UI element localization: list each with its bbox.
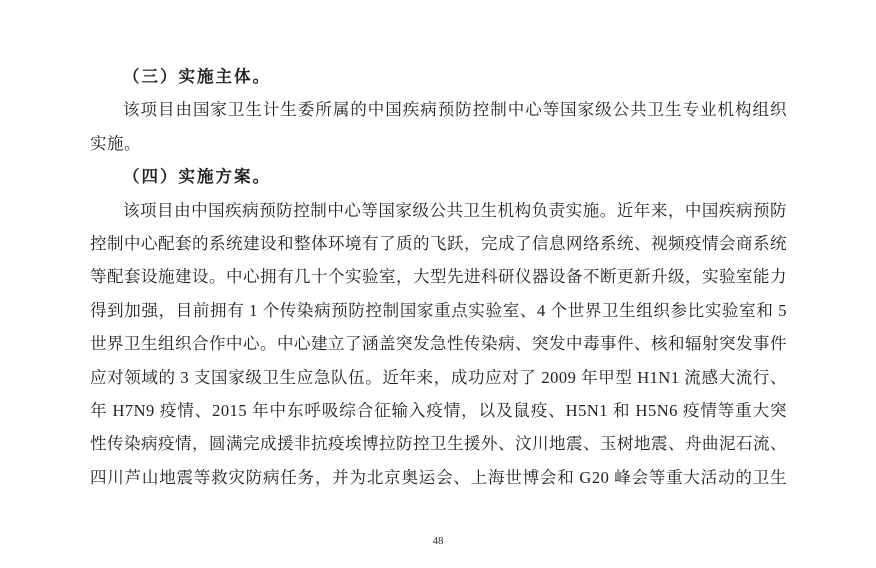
body-text-line: 等配套设施建设。中心拥有几十个实验室，大型先进科研仪器设备不断更新升级，实验室能… — [90, 260, 787, 293]
body-text-line: 控制中心配套的系统建设和整体环境有了质的飞跃，完成了信息网络系统、视频疫情会商系… — [90, 227, 787, 260]
body-text-line: 该项目由中国疾病预防控制中心等国家级公共卫生机构负责实施。近年来，中国疾病预防 — [90, 194, 787, 227]
page-number: 48 — [0, 535, 876, 547]
section-heading-3: （三）实施主体。 — [90, 60, 787, 93]
body-text-line: 性传染病疫情，圆满完成援非抗疫埃博拉防控卫生援外、汶川地震、玉树地震、舟曲泥石流… — [90, 427, 787, 460]
body-text-line: 应对领域的 3 支国家级卫生应急队伍。近年来，成功应对了 2009 年甲型 H1… — [90, 361, 787, 394]
document-page: （三）实施主体。 该项目由国家卫生计生委所属的中国疾病预防控制中心等国家级公共卫… — [0, 0, 876, 568]
body-text-line: 该项目由国家卫生计生委所属的中国疾病预防控制中心等国家级公共卫生专业机构组织 — [90, 93, 787, 126]
section-heading-4: （四）实施方案。 — [90, 160, 787, 193]
body-text-line: 得到加强，目前拥有 1 个传染病预防控制国家重点实验室、4 个世界卫生组织参比实… — [90, 294, 787, 327]
text-block: （三）实施主体。 该项目由国家卫生计生委所属的中国疾病预防控制中心等国家级公共卫… — [90, 60, 787, 494]
body-text-line: 实施。 — [90, 127, 787, 160]
body-text-line: 四川芦山地震等救灾防病任务，并为北京奥运会、上海世博会和 G20 峰会等重大活动… — [90, 461, 787, 494]
body-text-line: 年 H7N9 疫情、2015 年中东呼吸综合征输入疫情，以及鼠疫、H5N1 和 … — [90, 394, 787, 427]
body-text-line: 世界卫生组织合作中心。中心建立了涵盖突发急性传染病、突发中毒事件、核和辐射突发事… — [90, 327, 787, 360]
